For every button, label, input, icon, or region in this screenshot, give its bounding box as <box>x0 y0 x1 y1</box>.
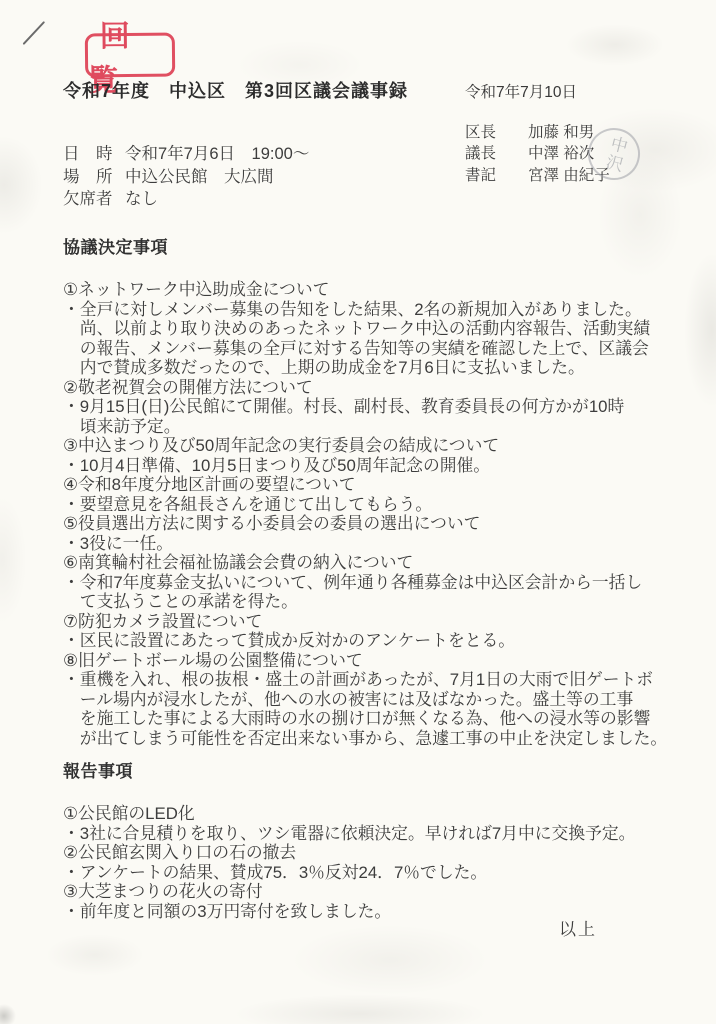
meta-value: 中込公民館 大広間 <box>125 163 274 187</box>
meta-label: 場 所 <box>63 163 125 187</box>
body-line: 頃来訪予定。 <box>63 417 703 437</box>
meta-label: 欠席者 <box>63 185 125 209</box>
body-line: ③中込まつり及び50周年記念の実行委員会の結成について <box>63 436 703 456</box>
body-line: ・3社に合見積りを取り、ツシ電器に依頼決定。早ければ7月中に交換予定。 <box>63 824 703 844</box>
body-line: 尚、以前より取り決めのあったネットワーク中込の活動内容報告、活動実績 <box>63 319 703 339</box>
body-line: ⑧旧ゲートボール場の公園整備について <box>63 651 703 671</box>
official-role: 議長 <box>465 141 528 163</box>
section-heading: 報告事項 <box>63 762 703 782</box>
body-line: が出てしまう可能性を否定出来ない事から、急遽工事の中止を決定しました。 <box>63 729 703 749</box>
body-line: ・10月4日準備、10月5日まつり及び50周年記念の開催。 <box>63 456 703 476</box>
meeting-meta: 日 時 令和7年7月6日 19:00～ 場 所 中込公民館 大広間 欠席者 なし <box>63 141 309 209</box>
body-line: ・前年度と同額の3万円寄付を致しました。 <box>63 902 703 922</box>
body-line: を施工した事による大雨時の水の捌け口が無くなる為、他への浸水等の影響 <box>63 709 703 729</box>
section-lines: ①ネットワーク中込助成金について・全戸に対しメンバー募集の告知をした結果、2名の… <box>63 280 703 748</box>
official-role: 区長 <box>465 120 528 142</box>
official-name: 中澤 裕次 <box>528 141 594 163</box>
body-line: ・令和7年度募金支払いについて、例年通り各種募金は中込区会計から一括し <box>63 573 703 593</box>
body-line: ・9月15日(日)公民館にて開催。村長、副村長、教育委員長の何方かが10時 <box>63 397 703 417</box>
official-role: 書記 <box>465 163 528 185</box>
body-line: ・重機を入れ、根の抜根・盛土の計画があったが、7月1日の大雨で旧ゲートボ <box>63 670 703 690</box>
body-line: ール場内が浸水したが、他への水の被害には及ばなかった。盛土等の工事 <box>63 690 703 710</box>
document-date: 令和7年7月10日 <box>465 80 577 102</box>
body-line: ・要望意見を各組長さんを通じて出してもらう。 <box>63 495 703 515</box>
meta-row: 場 所 中込公民館 大広間 <box>63 164 309 187</box>
body-line: ・3役に一任。 <box>63 534 703 554</box>
body-line: て支払うことの承諾を得た。 <box>63 592 703 612</box>
body-line: ・アンケートの結果、賛成75．3％反対24．7％でした。 <box>63 863 703 883</box>
body-line: ・区民に設置にあたって賛成か反対かのアンケートをとる。 <box>63 631 703 651</box>
meta-label: 日 時 <box>63 140 125 164</box>
meta-row: 日 時 令和7年7月6日 19:00～ <box>63 141 309 164</box>
closing-ijou: 以上 <box>559 915 597 940</box>
document-title: 令和7年度 中込区 第3回区議会議事録 <box>63 77 408 103</box>
body-line: ④令和8年度分地区計画の要望について <box>63 475 703 495</box>
scanned-document-page: 回覧 令和7年度 中込区 第3回区議会議事録 令和7年7月10日 区長 加藤 和… <box>0 0 716 1024</box>
pen-slash-mark <box>23 21 46 45</box>
section-lines: ①公民館のLED化・3社に合見積りを取り、ツシ電器に依頼決定。早ければ7月中に交… <box>63 804 703 921</box>
body-line: ・全戸に対しメンバー募集の告知をした結果、2名の新規加入がありました。 <box>63 300 703 320</box>
body-line: の報告、メンバー募集の全戸に対する告知等の実績を確認した上で、区議会 <box>63 339 703 359</box>
official-row: 区長 加藤 和男 <box>465 120 610 142</box>
meta-value: なし <box>125 185 158 209</box>
body-line: ⑤役員選出方法に関する小委員会の委員の選出について <box>63 514 703 534</box>
document-section: 報告事項 ①公民館のLED化・3社に合見積りを取り、ツシ電器に依頼決定。早ければ… <box>63 762 703 921</box>
body-line: ②敬老祝賀会の開催方法について <box>63 378 703 398</box>
body-line: ⑦防犯カメラ設置について <box>63 612 703 632</box>
official-name: 加藤 和男 <box>528 120 594 142</box>
body-line: ⑥南箕輪村社会福祉協議会会費の納入について <box>63 553 703 573</box>
document-body: 協議決定事項 ①ネットワーク中込助成金について・全戸に対しメンバー募集の告知をし… <box>63 238 703 921</box>
meta-value: 令和7年7月6日 19:00～ <box>125 140 309 164</box>
body-line: ①ネットワーク中込助成金について <box>63 280 703 300</box>
body-line: ②公民館玄関入り口の石の撤去 <box>63 843 703 863</box>
meta-row: 欠席者 なし <box>63 186 309 209</box>
body-line: 内で賛成多数だったので、上期の助成金を7月6日に支払いました。 <box>63 358 703 378</box>
official-row: 書記 宮澤 由紀子 <box>465 163 610 185</box>
seal-text: 中沢 <box>601 134 627 175</box>
body-line: ①公民館のLED化 <box>63 804 703 824</box>
kairan-circulation-stamp: 回覧 <box>85 33 175 78</box>
document-section: 協議決定事項 ①ネットワーク中込助成金について・全戸に対しメンバー募集の告知をし… <box>63 238 703 748</box>
body-line: ③大芝まつりの花火の寄付 <box>63 882 703 902</box>
section-heading: 協議決定事項 <box>63 238 703 258</box>
